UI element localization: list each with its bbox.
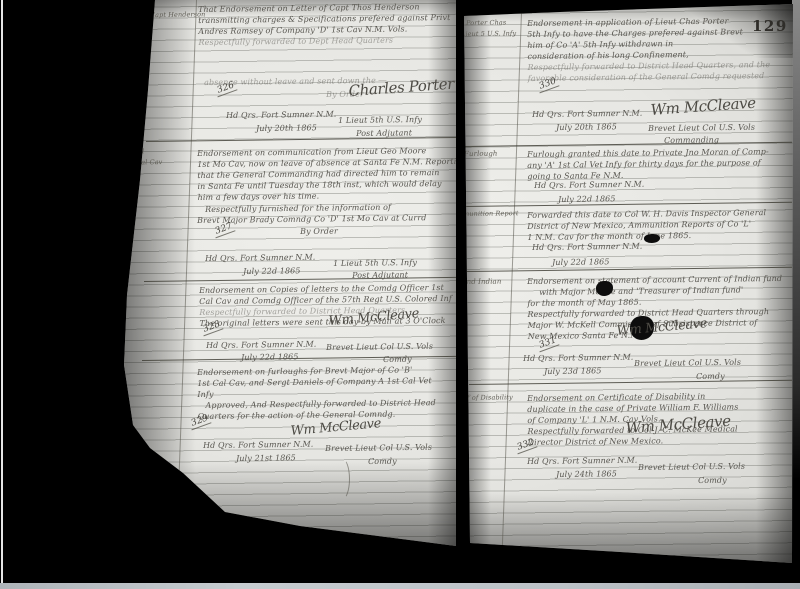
entry-margin-label: Lieut 5 U.S. Infy <box>461 29 516 38</box>
divider-line <box>146 137 456 142</box>
footer-rank: Brevet Lieut Col U.S. Vols <box>638 462 745 472</box>
footer-rank: Brevet Lieut Col U.S. Vols <box>325 443 432 453</box>
entry-number: 332 <box>514 437 538 455</box>
entry-body-line: Quarters for the action of the General C… <box>198 408 436 422</box>
book-page-edges <box>792 0 800 480</box>
entry-body-line: Respectfully forwarded to Dept Head Quar… <box>198 34 450 48</box>
entry-body-line: him a few days over his time. <box>198 189 468 203</box>
entry-margin-label: Certif of Disability <box>450 393 513 402</box>
footer-date: July 22d 1865 <box>241 352 299 362</box>
footer-date: July 20th 1865 <box>256 123 317 133</box>
page-shadow-bottom <box>464 470 794 570</box>
footer-place: Hd Qrs. Fort Sumner N.M. <box>523 353 633 363</box>
footer-place: Hd Qrs. Fort Sumner N.M. <box>226 110 336 120</box>
entry-body: Endorsement on communication from Lieut … <box>197 145 467 203</box>
film-edge-sliver <box>1 0 3 589</box>
divider-line <box>144 277 456 282</box>
entry-body: Endorsement in application of Lieut Chas… <box>527 15 770 84</box>
by-order-note: By Order <box>300 227 338 236</box>
entry-margin-label: Fund Indian <box>457 277 501 286</box>
footer-rank: 1 Lieut 5th U.S. Infy <box>333 258 417 268</box>
footer-date: July 24th 1865 <box>556 469 617 479</box>
divider-line <box>467 267 792 272</box>
entry-body: Furlough granted this date to Private Jn… <box>527 146 769 182</box>
entry-margin-label: Ammunition Report <box>452 209 519 218</box>
footer-rank: Comdy <box>368 457 397 466</box>
footer-date: July 22d 1865 <box>558 194 616 204</box>
entry-body: Endorsement on furloughs for Brevt Major… <box>197 364 436 422</box>
entry-margin-label: Furlough <box>464 150 498 158</box>
microfilm-scan: Capt Henderson That Endorsement on Lette… <box>0 0 800 589</box>
footer-place: Hd Qrs. Fort Sumner N.M. <box>527 456 637 466</box>
entry-margin-label: Cronin Michael <box>92 147 144 156</box>
footer-date: July 22d 1865 <box>552 257 610 267</box>
margin-rule-left-page <box>177 0 197 508</box>
footer-rank: Post Adjutant <box>356 128 412 138</box>
entry-margin-label: Furloughs <box>86 366 123 374</box>
entry-body: That Endorsement on Letter of Capt Thos … <box>198 1 451 48</box>
footer-place: Hd Qrs. Fort Sumner N.M. <box>203 440 313 450</box>
signature: Wm McCleave <box>650 94 756 119</box>
footer-date: July 22d 1865 <box>243 266 301 276</box>
footer-place: Hd Qrs. Fort Sumner N.M. <box>205 253 315 263</box>
footer-date: July 20th 1865 <box>556 122 617 132</box>
entry-margin-label: Pvt Co 'G' 1st Cal Cav <box>88 158 162 167</box>
footer-rank: Brevet Lieut Col U.S. Vols <box>648 123 755 133</box>
footer-rank: Post Adjutant <box>352 270 408 280</box>
footer-rank: Commanding <box>664 135 719 145</box>
margin-rule-right-page <box>502 12 522 546</box>
pen-stroke-artifact <box>334 458 350 500</box>
pen-stroke-artifact <box>198 503 207 504</box>
footer-rank: Brevet Lieut Col U.S. Vols <box>634 358 741 368</box>
footer-rank: Comdy <box>698 476 727 485</box>
footer-rank: Brevet Lieut Col U.S. Vols <box>326 342 433 352</box>
footer-place: Hd Qrs. Fort Sumner N.M. <box>532 109 642 119</box>
footer-place: Hd Qrs. Fort Sumner N.M. <box>206 340 316 350</box>
footer-date: July 23d 1865 <box>544 366 602 376</box>
footer-place: Hd Qrs. Fort Sumner N.M. <box>532 242 642 252</box>
entry-number: 329 <box>188 413 212 431</box>
film-bottom-strip <box>0 583 800 589</box>
footer-place: Hd Qrs. Fort Sumner N.M. <box>534 180 644 190</box>
footer-rank: Comdy <box>696 372 725 381</box>
entry-margin-label: Porter Chas <box>466 19 506 27</box>
footer-rank: 1 Lieut 5th U.S. Infy <box>338 115 422 125</box>
footer-rank: Comdy <box>383 355 412 364</box>
footer-date: July 21st 1865 <box>236 453 296 463</box>
divider-line <box>469 380 792 385</box>
ink-blot <box>644 234 660 243</box>
entry-body-line: favorable consideration of the General C… <box>528 70 771 84</box>
